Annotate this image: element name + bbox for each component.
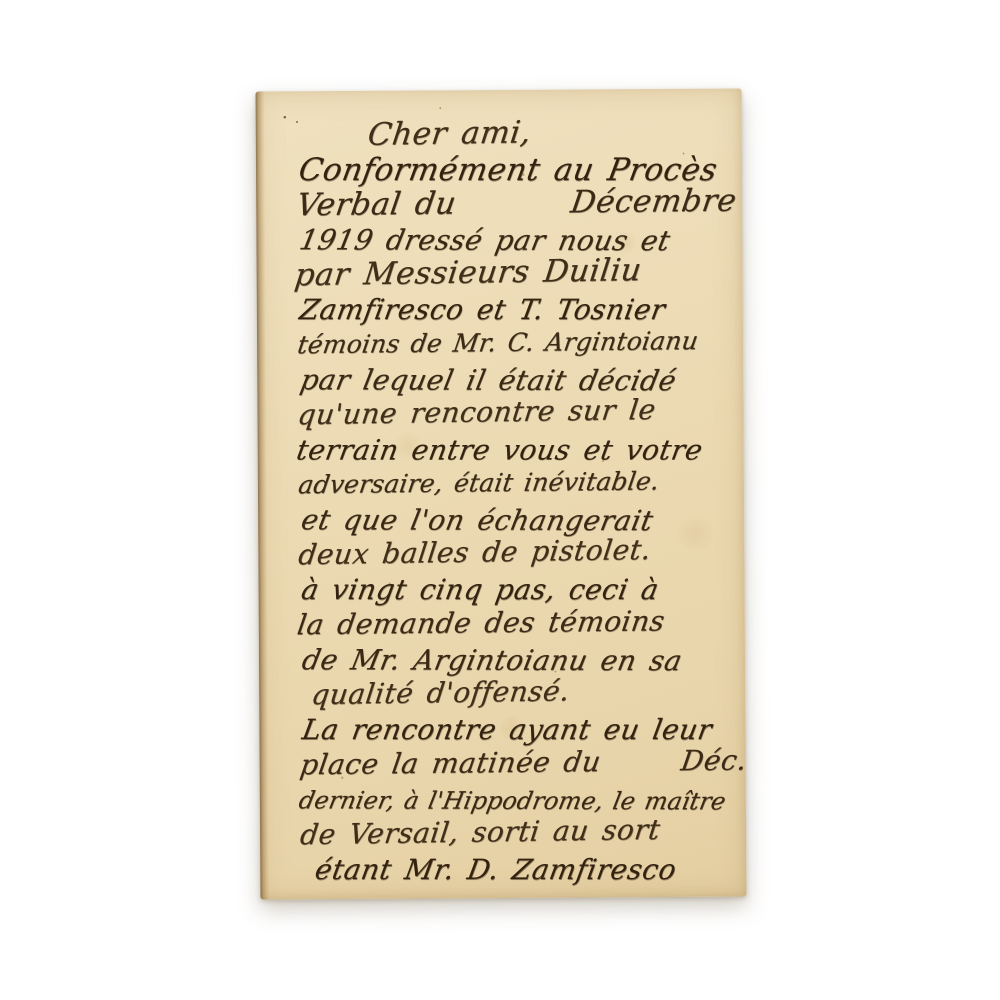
handwriting-line: la demande des témoins (295, 606, 723, 644)
handwriting-line: terrain entre vous et votre (294, 431, 722, 469)
handwriting-text: terrain entre vous et votre (294, 433, 706, 467)
handwriting-text: Conformément au Procès (296, 153, 720, 187)
handwriting-block: Cher ami, Conformément au Procès Verbal … (294, 116, 727, 888)
handwriting-line: 1919 dressé par nous et (296, 221, 724, 259)
handwriting-line: et que l'on échangerait (298, 501, 726, 539)
handwriting-text: de Mr. Argintoianu en sa (299, 643, 685, 678)
handwriting-line: témoins de Mr. C. Argintoianu (295, 326, 723, 364)
handwriting-text: étant Mr. D. Zamfiresco (312, 853, 679, 887)
handwriting-line: par lequel il était décidé (297, 361, 725, 399)
handwriting-text: la demande des témoins (295, 604, 667, 642)
handwriting-line: qu'une rencontre sur le (295, 396, 723, 434)
handwriting-text: qu'une rencontre sur le (296, 393, 658, 432)
handwriting-line: de Versail, sorti au sort (298, 816, 726, 854)
handwriting-line: adversaire, était inévitable. (296, 466, 724, 504)
handwriting-line-salutation: Cher ami, (294, 116, 722, 154)
handwriting-text: place la matinée du Déc. (298, 744, 750, 783)
handwriting-text: deux balles de pistolet. (296, 533, 653, 572)
handwriting-line: Verbal du Décembre (294, 186, 722, 224)
handwriting-line: qualité d'offensé. (297, 676, 725, 714)
handwriting-text: par Messieurs Duiliu (293, 253, 644, 292)
handwriting-line: Zamfiresco et T. Tosnier (297, 291, 725, 329)
handwriting-text: de Versail, sorti au sort (298, 813, 662, 852)
handwriting-text: qualité d'offensé. (309, 674, 571, 712)
handwriting-line: à vingt cinq pas, ceci à (298, 571, 726, 609)
handwriting-line: de Mr. Argintoianu en sa (299, 641, 727, 679)
handwriting-text: Verbal du Décembre (294, 184, 739, 223)
handwriting-text: à vingt cinq pas, ceci à (299, 573, 662, 607)
handwriting-line-signature: étant Mr. D. Zamfiresco (300, 851, 728, 889)
handwriting-line: La rencontre ayant eu leur (299, 711, 727, 749)
handwriting-text: témoins de Mr. C. Argintoianu (295, 324, 700, 362)
handwriting-line: deux balles de pistolet. (296, 536, 724, 574)
handwriting-text: Cher ami, (366, 115, 533, 151)
letter-photo: Cher ami, Conformément au Procès Verbal … (0, 0, 1000, 1000)
handwriting-text: Zamfiresco et T. Tosnier (297, 293, 668, 327)
handwriting-line: place la matinée du Déc. (298, 746, 726, 784)
handwriting-text: La rencontre ayant eu leur (300, 713, 715, 747)
paper-fold-edge (256, 91, 270, 899)
handwriting-text: dernier, à l'Hippodrome, le maître (296, 783, 729, 818)
handwriting-text: adversaire, était inévitable. (296, 464, 662, 502)
letter-paper: Cher ami, Conformément au Procès Verbal … (256, 89, 747, 900)
handwriting-line: par Messieurs Duiliu (293, 256, 721, 294)
